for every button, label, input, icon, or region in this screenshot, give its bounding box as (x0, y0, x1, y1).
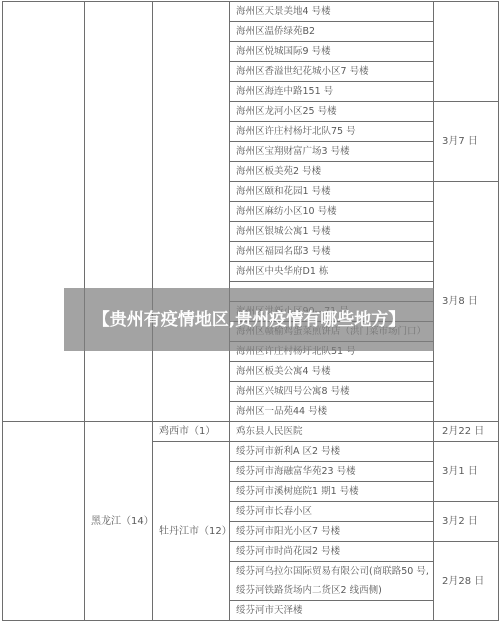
location-cell: 海州区龙河小区25 号楼 (230, 102, 434, 122)
location-cell: 海州区许庄村杨圩北队75 号 (230, 122, 434, 142)
location-cell: 海州区温侨绿苑B2 (230, 22, 434, 42)
province-cell: 黑龙江（14） (85, 422, 153, 621)
table-row: 黑龙江（14） 鸡西市（1） 鸡东县人民医院 2月22 日 (3, 422, 499, 442)
location-cell: 绥芬河市长春小区 (230, 502, 434, 522)
location-cell: 绥芬河乌拉尔国际贸易有限公司(商联路50 号, 绥芬河铁路货场内二货区2 线西侧… (230, 562, 434, 601)
article-title[interactable]: 【贵州有疫情地区,贵州疫情有哪些地方】 (85, 309, 413, 331)
date-cell-top (434, 2, 499, 102)
location-cell: 海州区福园名邸3 号楼 (230, 242, 434, 262)
city-cell: 鸡西市（1） (153, 422, 230, 442)
location-cell: 海州区天景美地4 号楼 (230, 2, 434, 22)
date-cell: 3月8 日 (434, 182, 499, 422)
district-cell-top (153, 2, 230, 422)
location-cell: 绥芬河市溪树庭院1 期1 号楼 (230, 482, 434, 502)
location-cell: 绥芬河市新利A 区2 号楼 (230, 442, 434, 462)
location-cell: 海州区板美苑2 号楼 (230, 162, 434, 182)
location-cell: 海州区宝翔财富广场3 号楼 (230, 142, 434, 162)
location-cell: 海州区银城公寓1 号楼 (230, 222, 434, 242)
location-cell: 绥芬河市时尚花园2 号楼 (230, 542, 434, 562)
region-cell-bottom (3, 422, 85, 621)
article-title-banner: 【贵州有疫情地区,贵州疫情有哪些地方】 (64, 288, 434, 351)
location-cell: 海州区海连中路151 号 (230, 82, 434, 102)
province-cell-top (3, 2, 85, 422)
date-cell: 2月28 日 (434, 542, 499, 621)
location-cell: 绥芬河市天泽楼 (230, 601, 434, 621)
location-cell: 海州区悦城国际9 号楼 (230, 42, 434, 62)
location-cell: 海州区一品苑44 号楼 (230, 402, 434, 422)
location-cell: 绥芬河市海融富华苑23 号楼 (230, 462, 434, 482)
date-cell: 3月2 日 (434, 502, 499, 542)
location-cell: 海州区板美公寓4 号楼 (230, 362, 434, 382)
location-cell: 海州区麻纺小区10 号楼 (230, 202, 434, 222)
date-cell: 2月22 日 (434, 422, 499, 442)
city-cell: 牡丹江市（12） (153, 442, 230, 621)
location-cell: 海州区兴城四号公寓8 号楼 (230, 382, 434, 402)
location-cell: 海州区中央华府D1 栋 (230, 262, 434, 282)
table-row: 海州区天景美地4 号楼 (3, 2, 499, 22)
date-cell: 3月1 日 (434, 442, 499, 502)
location-cell: 海州区香溢世纪花城小区7 号楼 (230, 62, 434, 82)
location-cell: 绥芬河市阳光小区7 号楼 (230, 522, 434, 542)
article-image: 海州区天景美地4 号楼 海州区温侨绿苑B2 海州区悦城国际9 号楼 海州区香溢世… (0, 0, 500, 640)
location-cell: 海州区颐和花园1 号楼 (230, 182, 434, 202)
date-cell: 3月7 日 (434, 102, 499, 182)
city-cell-top (85, 2, 153, 422)
location-cell: 鸡东县人民医院 (230, 422, 434, 442)
